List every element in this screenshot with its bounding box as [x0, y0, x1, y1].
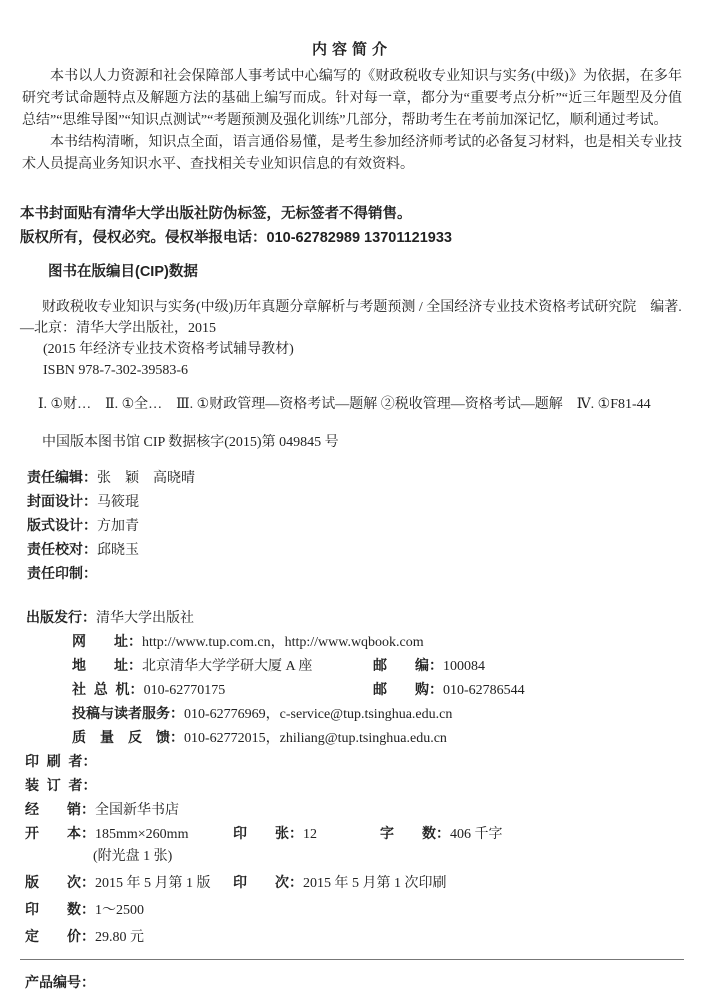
address-label: 地 址：	[72, 657, 142, 673]
edition-value: 2015 年 5 月第 1 版	[95, 876, 211, 891]
price-label: 定 价：	[25, 928, 95, 944]
postcode-value: 100084	[443, 659, 485, 674]
reader-service-row: 投稿与读者服务：010-62776969，c-service@tup.tsing…	[26, 702, 704, 726]
printer-label: 印 刷 者：	[25, 753, 97, 769]
price-row: 定 价：29.80 元	[25, 925, 704, 949]
mail-order-value: 010-62786544	[443, 683, 525, 698]
print-run-label: 印 数：	[25, 901, 95, 917]
quality-feedback-row: 质 量 反 馈：010-62772015，zhiliang@tup.tsingh…	[26, 726, 704, 750]
reader-service-label: 投稿与读者服务：	[72, 705, 184, 721]
address-value: 北京清华大学学研大厦 A 座	[142, 659, 312, 674]
cip-data-header: 图书在版编目(CIP)数据	[48, 261, 704, 283]
print-run-value: 1～2500	[95, 903, 144, 918]
layout-design-value: 方加青	[97, 519, 139, 534]
copyright-page: 内容简介 本书以人力资源和社会保障部人事考试中心编写的《财政税收专业知识与实务(…	[0, 0, 704, 1000]
impression-label: 印 次：	[233, 874, 303, 890]
layout-design-row: 版式设计：方加青	[27, 514, 704, 538]
publisher-block: 出版发行：清华大学出版社 网 址：http://www.tup.com.cn，h…	[26, 606, 704, 750]
anti-counterfeit-line: 本书封面贴有清华大学出版社防伪标签，无标签者不得销售。	[20, 202, 684, 226]
website-row: 网 址：http://www.tup.com.cn，http://www.wqb…	[26, 630, 704, 654]
product-number-row: 产品编号：	[25, 971, 704, 993]
responsible-editor-row: 责任编辑：张 颖 高晓晴	[27, 466, 704, 490]
switchboard-row: 社 总 机：010-62770175 邮 购：010-62786544	[26, 678, 704, 702]
distribution-row: 经 销：全国新华书店	[25, 798, 704, 822]
summary-paragraph-2: 本书结构清晰，知识点全面，语言通俗易懂，是考生参加经济师考试的必备复习材料，也是…	[22, 132, 682, 176]
cd-note: (附光盘 1 张)	[25, 846, 704, 868]
print-supervisor-label: 责任印制：	[27, 565, 97, 581]
sheets-value: 12	[303, 827, 317, 842]
edition-label: 版 次：	[25, 874, 95, 890]
postcode-cell: 邮 编：100084	[373, 654, 485, 678]
sheets-label: 印 张：	[233, 825, 303, 841]
summary-paragraph-1: 本书以人力资源和社会保障部人事考试中心编写的《财政税收专业知识与实务(中级)》为…	[22, 66, 682, 132]
word-count-cell: 字 数：406 千字	[380, 822, 503, 846]
reader-service-value: 010-62776969，c-service@tup.tsinghua.edu.…	[184, 707, 452, 722]
sheets-cell: 印 张：12	[233, 822, 317, 846]
switchboard-label: 社 总 机：	[72, 681, 144, 697]
responsible-editor-value: 张 颖 高晓晴	[97, 471, 195, 486]
cover-design-value: 马筱琨	[97, 495, 139, 510]
isbn-line: ISBN 978-7-302-39583-6	[20, 360, 684, 381]
address-row: 地 址：北京清华大学学研大厦 A 座 邮 编：100084	[26, 654, 704, 678]
publisher-label: 出版发行：	[26, 609, 96, 625]
cip-classification-line: Ⅰ. ①财… Ⅱ. ①全… Ⅲ. ①财政管理—资格考试—题解 ②税收管理—资格考…	[38, 394, 684, 416]
publisher-row: 出版发行：清华大学出版社	[26, 606, 704, 630]
mail-order-label: 邮 购：	[373, 681, 443, 697]
divider-rule	[20, 959, 684, 960]
cip-registry-number: 中国版本图书馆 CIP 数据核字(2015)第 049845 号	[42, 432, 704, 454]
impression-value: 2015 年 5 月第 1 次印刷	[303, 876, 447, 891]
staff-credits: 责任编辑：张 颖 高晓晴 封面设计：马筱琨 版式设计：方加青 责任校对：邱晓玉 …	[27, 466, 704, 586]
content-summary-title: 内容简介	[0, 0, 704, 61]
website-value: http://www.tup.com.cn，http://www.wqbook.…	[142, 635, 424, 650]
edition-row: 版 次：2015 年 5 月第 1 版 印 次：2015 年 5 月第 1 次印…	[25, 871, 704, 895]
format-value: 185mm×260mm	[95, 827, 188, 842]
postcode-label: 邮 编：	[373, 657, 443, 673]
proofreader-value: 邱晓玉	[97, 543, 139, 558]
quality-feedback-label: 质 量 反 馈：	[72, 729, 184, 745]
binder-label: 装 订 者：	[25, 777, 97, 793]
distribution-label: 经 销：	[25, 801, 95, 817]
format-label: 开 本：	[25, 825, 95, 841]
copyright-hotline-line: 版权所有，侵权必究。侵权举报电话：010-62782989 1370112193…	[20, 226, 684, 250]
colophon-block: 印 刷 者： 装 订 者： 经 销：全国新华书店 开 本：185mm×260mm…	[25, 750, 704, 949]
responsible-editor-label: 责任编辑：	[27, 469, 97, 485]
word-count-value: 406 千字	[450, 827, 503, 842]
publisher-name: 清华大学出版社	[96, 611, 194, 626]
format-row: 开 本：185mm×260mm 印 张：12 字 数：406 千字	[25, 822, 704, 846]
proofreader-label: 责任校对：	[27, 541, 97, 557]
product-number-label: 产品编号：	[25, 974, 95, 990]
cip-title-line: 财政税收专业知识与实务(中级)历年真题分章解析与考题预测 / 全国经济专业技术资…	[20, 297, 684, 318]
cover-design-row: 封面设计：马筱琨	[27, 490, 704, 514]
cip-record: 财政税收专业知识与实务(中级)历年真题分章解析与考题预测 / 全国经济专业技术资…	[20, 297, 684, 381]
cip-series-line: (2015 年经济专业技术资格考试辅导教材)	[20, 339, 684, 360]
printer-row: 印 刷 者：	[25, 750, 704, 774]
proofreader-row: 责任校对：邱晓玉	[27, 538, 704, 562]
quality-feedback-value: 010-62772015，zhiliang@tup.tsinghua.edu.c…	[184, 731, 447, 746]
print-supervisor-row: 责任印制：	[27, 562, 704, 586]
print-run-row: 印 数：1～2500	[25, 898, 704, 922]
word-count-label: 字 数：	[380, 825, 450, 841]
website-label: 网 址：	[72, 633, 142, 649]
switchboard-value: 010-62770175	[144, 683, 226, 698]
distribution-value: 全国新华书店	[95, 803, 179, 818]
price-value: 29.80 元	[95, 930, 144, 945]
cover-design-label: 封面设计：	[27, 493, 97, 509]
mail-order-cell: 邮 购：010-62786544	[373, 678, 525, 702]
binder-row: 装 订 者：	[25, 774, 704, 798]
impression-cell: 印 次：2015 年 5 月第 1 次印刷	[233, 871, 447, 895]
layout-design-label: 版式设计：	[27, 517, 97, 533]
anti-piracy-notice: 本书封面贴有清华大学出版社防伪标签，无标签者不得销售。 版权所有，侵权必究。侵权…	[20, 202, 684, 250]
cip-publisher-line: —北京：清华大学出版社，2015	[20, 318, 684, 339]
